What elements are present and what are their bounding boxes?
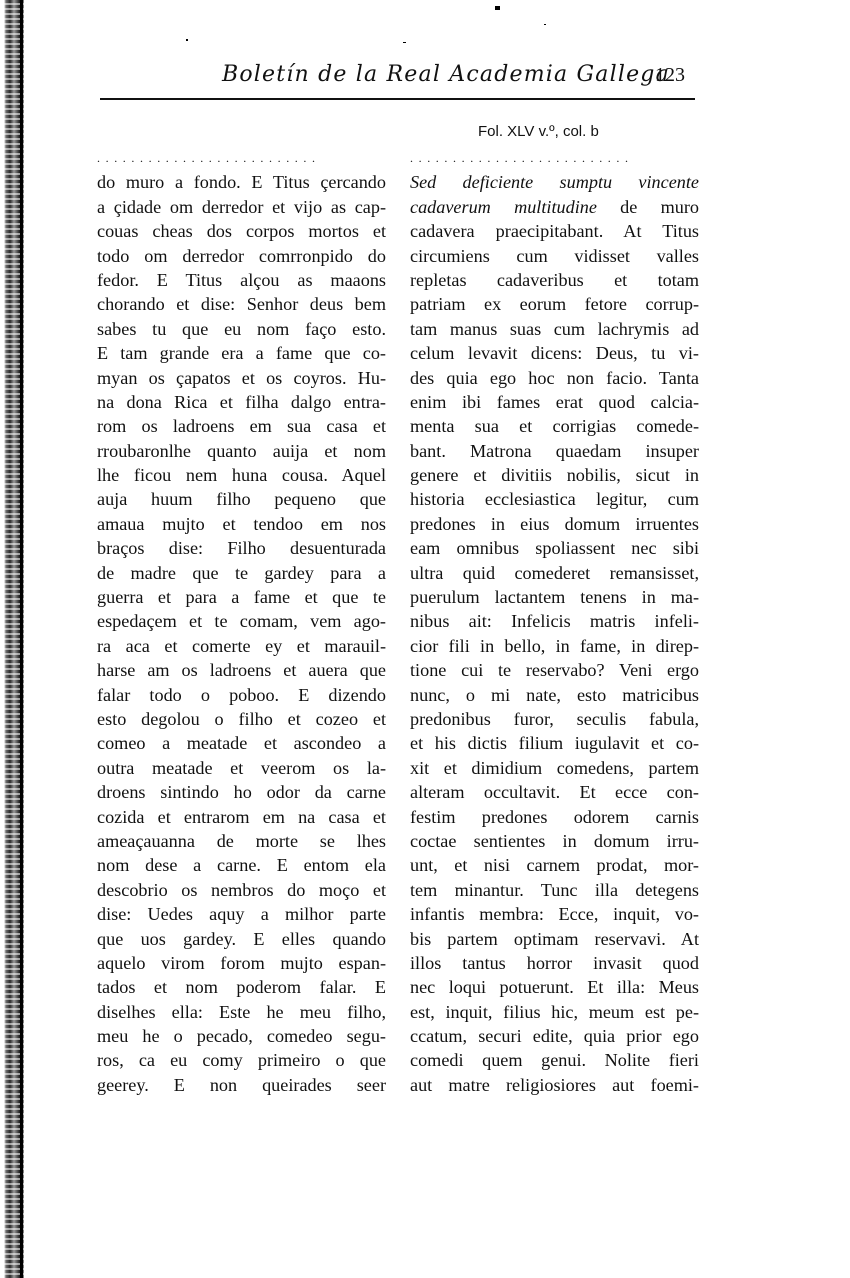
text-line: ros, ca eu comy primeiro o que <box>97 1048 386 1072</box>
text-line: rroubaronlhe quanto auija et nom <box>97 439 386 463</box>
header-rule <box>100 98 695 100</box>
text-line: nibus ait: Infelicis matris infeli- <box>410 609 699 633</box>
roman-phrase: de muro <box>597 197 699 217</box>
text-line: meu he o pecado, comedeo segu- <box>97 1024 386 1048</box>
page-number: 123 <box>655 64 685 87</box>
omission-dots: .......................... <box>410 146 699 170</box>
text-line: predones in eius domum irruentes <box>410 512 699 536</box>
text-line: comeo a meatade et ascondeo a <box>97 731 386 755</box>
text-line: todo om derredor comrronpido do <box>97 244 386 268</box>
text-line: droens sintindo ho odor da carne <box>97 780 386 804</box>
text-line: menta sua et corrigias comede- <box>410 414 699 438</box>
text-line: braços dise: Filho desuenturada <box>97 536 386 560</box>
right-column-latin: .......................... Sed deficient… <box>410 146 699 1097</box>
text-line: illos tantus horror invasit quod <box>410 951 699 975</box>
text-line-mixed: cadaverum multitudine de muro <box>410 195 699 219</box>
text-line: eam omnibus spoliassent nec sibi <box>410 536 699 560</box>
text-line: patriam ex eorum fetore corrup- <box>410 292 699 316</box>
text-line: a çidade om derredor et vijo as cap- <box>97 195 386 219</box>
text-line: na dona Rica et filha dalgo entra- <box>97 390 386 414</box>
text-line: falar todo o poboo. E dizendo <box>97 683 386 707</box>
text-line: sabes tu que eu nom faço esto. <box>97 317 386 341</box>
text-line: geerey. E non queirades seer <box>97 1073 386 1097</box>
text-line: repletas cadaveribus et totam <box>410 268 699 292</box>
text-line: aut matre religiosiores aut foemi- <box>410 1073 699 1097</box>
journal-title: Boletín de la Real Academia Gallega <box>222 62 670 87</box>
scan-speck <box>403 42 406 43</box>
text-line: chorando et dise: Senhor deus bem <box>97 292 386 316</box>
text-line: de madre que te gardey para a <box>97 561 386 585</box>
text-line: fedor. E Titus alçou as maaons <box>97 268 386 292</box>
running-head: Boletín de la Real Academia Gallega 123 <box>100 62 695 98</box>
text-line: outra meatade et veerom os la- <box>97 756 386 780</box>
text-line: nunc, o mi nate, esto matricibus <box>410 683 699 707</box>
text-line: puerulum lactantem tenens in ma- <box>410 585 699 609</box>
text-line: ccatum, securi edite, quia prior ego <box>410 1024 699 1048</box>
text-line: lhe ficou nem huna cousa. Aquel <box>97 463 386 487</box>
text-line: que uos gardey. E elles quando <box>97 927 386 951</box>
text-line: espedaçem et te comam, vem ago- <box>97 609 386 633</box>
text-line: bant. Matrona quaedam insuper <box>410 439 699 463</box>
scan-speck <box>544 24 546 25</box>
scan-speck <box>495 6 500 10</box>
text-line: cior fili in bello, in fame, in direp- <box>410 634 699 658</box>
text-line-italic: Sed deficiente sumptu vincente <box>410 170 699 194</box>
text-line: unt, et nisi carnem prodat, mor- <box>410 853 699 877</box>
text-line: tados et nom poderom falar. E <box>97 975 386 999</box>
text-line: descobrio os nembros do moço et <box>97 878 386 902</box>
right-column-lines: cadavera praecipitabant. At Tituscircumi… <box>410 219 699 1097</box>
text-line: et his dictis filium iugulavit et co- <box>410 731 699 755</box>
text-line: alteram occultavit. Et ecce con- <box>410 780 699 804</box>
scan-speck <box>186 39 188 41</box>
text-line: historia ecclesiastica legitur, cum <box>410 487 699 511</box>
text-line: nom dese a carne. E entom ela <box>97 853 386 877</box>
text-line: harse am os ladroens et auera que <box>97 658 386 682</box>
text-line: couas cheas dos corpos mortos et <box>97 219 386 243</box>
text-line: ultra quid comederet remansisset, <box>410 561 699 585</box>
text-line: dise: Uedes aquy a milhor parte <box>97 902 386 926</box>
text-line: auja huum filho pequeno que <box>97 487 386 511</box>
text-line: ameaçauanna de morte se lhes <box>97 829 386 853</box>
text-line: E tam grande era a fame que co- <box>97 341 386 365</box>
text-line: cozida et entrarom em na casa et <box>97 805 386 829</box>
text-line: tem minantur. Tunc illa detegens <box>410 878 699 902</box>
text-line: celum levavit dicens: Deus, tu vi- <box>410 341 699 365</box>
text-line: do muro a fondo. E Titus çercando <box>97 170 386 194</box>
left-column-galician: .......................... do muro a fon… <box>97 146 386 1097</box>
text-line: est, inquit, filius hic, meum est pe- <box>410 1000 699 1024</box>
text-line: bis partem optimam reservavi. At <box>410 927 699 951</box>
omission-dots: .......................... <box>97 146 386 170</box>
text-line: coctae sentientes in domum irru- <box>410 829 699 853</box>
text-line: myan os çapatos et os coyros. Hu- <box>97 366 386 390</box>
text-line: comedi quem genui. Nolite fieri <box>410 1048 699 1072</box>
text-line: enim ibi fames erat quod calcia- <box>410 390 699 414</box>
text-line: predonibus furor, seculis fabula, <box>410 707 699 731</box>
text-line: tam manus suas cum lachrymis ad <box>410 317 699 341</box>
text-line: circumiens cum vidisset valles <box>410 244 699 268</box>
left-column-lines: do muro a fondo. E Titus çercandoa çidad… <box>97 170 386 1097</box>
text-line: guerra et para a fame et que te <box>97 585 386 609</box>
text-line: ra aca et comerte ey et marauil- <box>97 634 386 658</box>
text-line: aquelo virom forom mujto espan- <box>97 951 386 975</box>
text-line: rom os ladroens em sua casa et <box>97 414 386 438</box>
italic-phrase: cadaverum multitudine <box>410 197 597 217</box>
text-line: tione cui te reservabo? Veni ergo <box>410 658 699 682</box>
binding-shadow-line <box>20 0 23 1278</box>
text-line: infantis membra: Ecce, inquit, vo- <box>410 902 699 926</box>
text-line: cadavera praecipitabant. At Titus <box>410 219 699 243</box>
text-line: xit et dimidium comedens, partem <box>410 756 699 780</box>
text-line: esto degolou o filho et cozeo et <box>97 707 386 731</box>
text-line: des quia ego hoc non facio. Tanta <box>410 366 699 390</box>
text-line: amaua mujto et tendoo em nos <box>97 512 386 536</box>
text-line: diselhes ella: Este he meu filho, <box>97 1000 386 1024</box>
folio-reference: Fol. XLV v.º, col. b <box>478 123 599 140</box>
text-line: genere et divitiis nobilis, sicut in <box>410 463 699 487</box>
text-line: nec loqui potuerunt. Et illa: Meus <box>410 975 699 999</box>
text-line: festim predones odorem carnis <box>410 805 699 829</box>
